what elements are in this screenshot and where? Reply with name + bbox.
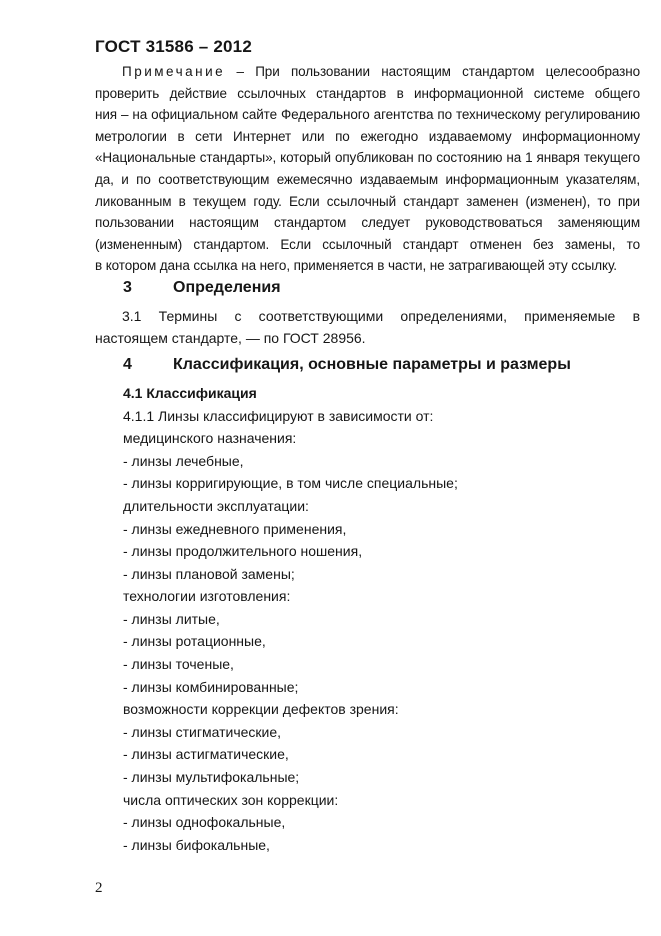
clause-3-1-line: настоящем стандарте, — по ГОСТ 28956. [95, 327, 640, 349]
classification-item: длительности эксплуатации: [95, 495, 640, 518]
classification-item: - линзы однофокальные, [95, 811, 640, 834]
classification-item: медицинского назначения: [95, 427, 640, 450]
classification-item: - линзы астигматические, [95, 743, 640, 766]
clause-4-1-heading: 4.1 Классификация [95, 382, 640, 405]
section-4-heading: 4Классификация, основные параметры и раз… [95, 354, 640, 375]
note-paragraph: Примечание – При пользовании настоящим с… [95, 61, 640, 277]
note-line: проверить действие ссылочных стандартов … [95, 83, 640, 105]
note-line: пользовании настоящим стандартом следует… [95, 212, 640, 234]
classification-item: - линзы корригирующие, в том числе специ… [95, 472, 640, 495]
section-3-number: 3 [123, 277, 173, 298]
classification-block: 4.1 Классификация 4.1.1 Линзы классифици… [95, 382, 640, 856]
section-4-title: Классификация, основные параметры и разм… [173, 356, 571, 373]
page-number: 2 [95, 879, 640, 898]
classification-item: - линзы комбинированные; [95, 676, 640, 699]
note-line-text: – При пользовании настоящим стандартом ц… [236, 64, 640, 79]
note-line: метрологии в сети Интернет или по ежегод… [95, 126, 640, 148]
classification-item: технологии изготовления: [95, 585, 640, 608]
classification-item: - линзы ротационные, [95, 630, 640, 653]
classification-item: - линзы ежедневного применения, [95, 518, 640, 541]
section-3-title: Определения [173, 279, 281, 296]
classification-item: - линзы литые, [95, 608, 640, 631]
classification-item: - линзы точеные, [95, 653, 640, 676]
note-label: Примечание [122, 64, 225, 79]
clause-3-1-line: 3.1 Термины с соответствующими определен… [95, 305, 640, 327]
classification-item: - линзы продолжительного ношения, [95, 540, 640, 563]
note-line: ликованным в текущем году. Если ссылочны… [95, 191, 640, 213]
classification-item: - линзы плановой замены; [95, 563, 640, 586]
note-line: ния – на официальном сайте Федерального … [95, 104, 640, 126]
document-title: ГОСТ 31586 – 2012 [95, 36, 640, 58]
classification-item: - линзы стигматические, [95, 721, 640, 744]
clause-3-1-paragraph: 3.1 Термины с соответствующими определен… [95, 305, 640, 349]
note-line: «Национальные стандарты», который опубли… [95, 147, 640, 169]
note-line: Примечание – При пользовании настоящим с… [95, 61, 640, 83]
note-line: (измененным) стандартом. Если ссылочный … [95, 234, 640, 256]
classification-item: возможности коррекции дефектов зрения: [95, 698, 640, 721]
document-page: ГОСТ 31586 – 2012 Примечание – При польз… [0, 0, 661, 936]
classification-item: - линзы бифокальные, [95, 834, 640, 857]
page-content: ГОСТ 31586 – 2012 Примечание – При польз… [95, 0, 640, 898]
classification-item: - линзы мультифокальные; [95, 766, 640, 789]
section-4-number: 4 [123, 354, 173, 375]
note-line: в котором дана ссылка на него, применяет… [95, 255, 640, 277]
classification-item: - линзы лечебные, [95, 450, 640, 473]
clause-4-1-1-intro: 4.1.1 Линзы классифицируют в зависимости… [95, 405, 640, 428]
section-3-heading: 3Определения [95, 277, 640, 298]
note-line: да, и по соответствующим ежемесячно изда… [95, 169, 640, 191]
classification-item: числа оптических зон коррекции: [95, 789, 640, 812]
